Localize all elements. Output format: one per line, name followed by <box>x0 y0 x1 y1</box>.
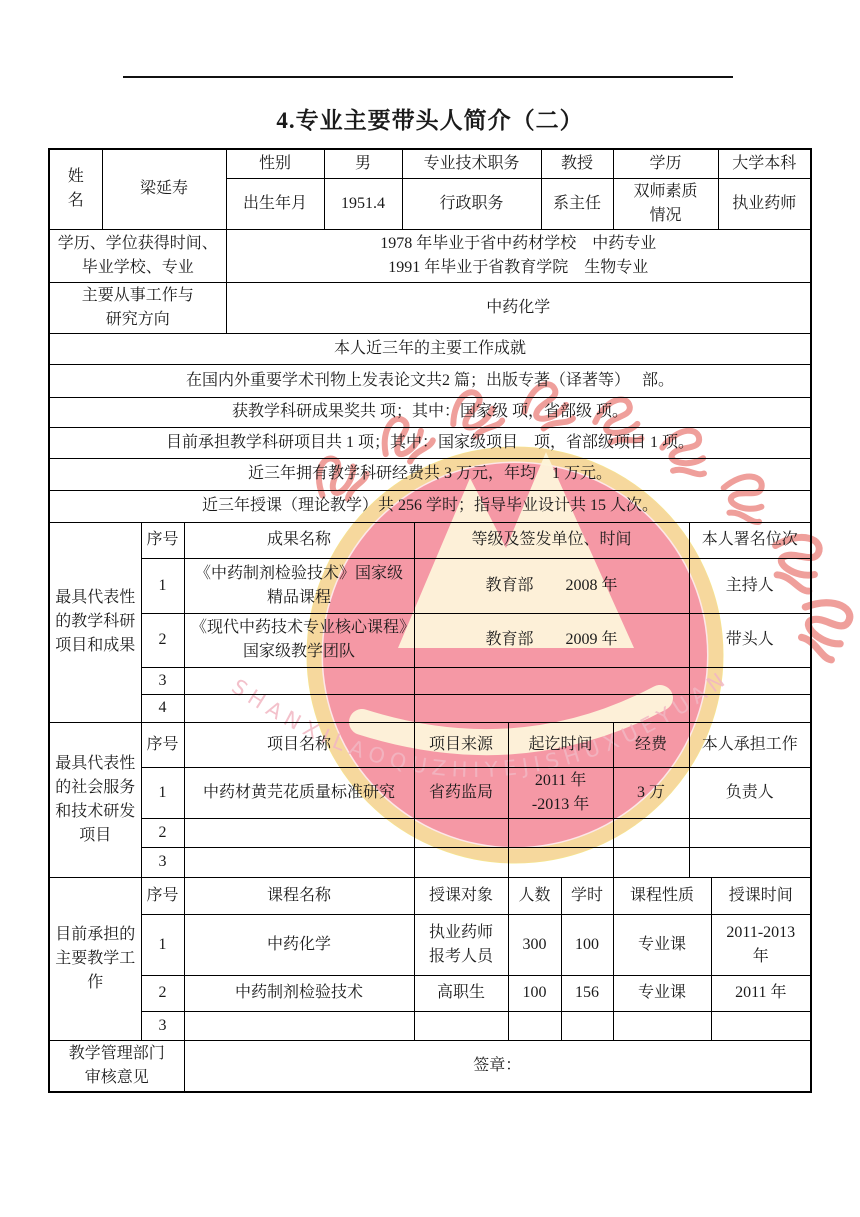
project-name: 中药材黄芫花质量标准研究 <box>184 767 414 818</box>
row-index: 1 <box>141 767 184 818</box>
course-audience: 高职生 <box>414 975 508 1011</box>
column-header: 授课时间 <box>711 877 811 914</box>
admin-post-label: 行政职务 <box>402 178 541 229</box>
statement-funding: 近三年拥有教学科研经费共 3 万元，年均 1 万元。 <box>49 458 811 490</box>
empty-cell <box>508 847 613 877</box>
empty-cell <box>184 847 414 877</box>
signature-cell: 签章： <box>184 1040 811 1092</box>
achievement-role: 主持人 <box>689 558 811 613</box>
statement-awards: 获教学科研成果奖共 项；其中：国家级 项，省部级 项。 <box>49 397 811 427</box>
tech-title-label: 专业技术职务 <box>402 149 541 178</box>
empty-cell <box>613 818 689 847</box>
empty-cell <box>711 1011 811 1040</box>
info-table: 姓 名 梁延寿 性别 男 专业技术职务 教授 学历 大学本科 出生年月 1951… <box>48 148 812 1093</box>
column-header: 项目名称 <box>184 722 414 767</box>
course-students: 100 <box>508 975 561 1011</box>
birth-value: 1951.4 <box>324 178 402 229</box>
research-direction-label: 主要从事工作与 研究方向 <box>49 282 226 333</box>
dual-qualification-value: 执业药师 <box>718 178 811 229</box>
achievement-name: 《中药制剂检验技术》国家级精品课程 <box>184 558 414 613</box>
course-audience: 执业药师 报考人员 <box>414 914 508 975</box>
column-header: 本人署名位次 <box>689 522 811 558</box>
teaching-research-section-label: 最具代表性的教学科研项目和成果 <box>49 522 141 722</box>
admin-post-value: 系主任 <box>541 178 613 229</box>
header-rule <box>123 76 733 78</box>
page-title: 4.专业主要带头人简介（二） <box>0 102 860 135</box>
education-label: 学历、学位获得时间、毕业学校、专业 <box>49 229 226 282</box>
gender-value: 男 <box>324 149 402 178</box>
approval-label: 教学管理部门 审核意见 <box>49 1040 184 1092</box>
column-header: 课程性质 <box>613 877 711 914</box>
row-index: 2 <box>141 613 184 667</box>
row-index: 3 <box>141 667 184 694</box>
statement-publications: 在国内外重要学术刊物上发表论文共2 篇；出版专著（译著等） 部。 <box>49 364 811 397</box>
column-header: 序号 <box>141 722 184 767</box>
statement-teaching-hours: 近三年授课（理论教学）共 256 学时；指导毕业设计共 15 人次。 <box>49 490 811 522</box>
empty-cell <box>184 694 414 722</box>
empty-cell <box>414 1011 508 1040</box>
row-index: 2 <box>141 818 184 847</box>
empty-cell <box>414 847 508 877</box>
achievement-grade: 教育部 2009 年 <box>414 613 689 667</box>
course-type: 专业课 <box>613 914 711 975</box>
project-source: 省药监局 <box>414 767 508 818</box>
empty-cell <box>689 667 811 694</box>
row-index: 1 <box>141 558 184 613</box>
name-value: 梁延寿 <box>102 149 226 229</box>
project-duration: 2011 年 -2013 年 <box>508 767 613 818</box>
column-header: 序号 <box>141 877 184 914</box>
column-header: 成果名称 <box>184 522 414 558</box>
empty-cell <box>508 1011 561 1040</box>
column-header: 课程名称 <box>184 877 414 914</box>
empty-cell <box>689 694 811 722</box>
tech-title-value: 教授 <box>541 149 613 178</box>
column-header: 授课对象 <box>414 877 508 914</box>
degree-value: 大学本科 <box>718 149 811 178</box>
column-header: 起讫时间 <box>508 722 613 767</box>
course-period: 2011-2013 年 <box>711 914 811 975</box>
achievements-section-title: 本人近三年的主要工作成就 <box>49 333 811 364</box>
empty-cell <box>414 818 508 847</box>
course-name: 中药制剂检验技术 <box>184 975 414 1011</box>
research-direction-value: 中药化学 <box>226 282 811 333</box>
project-role: 负责人 <box>689 767 811 818</box>
leader-profile-form: 姓 名 梁延寿 性别 男 专业技术职务 教授 学历 大学本科 出生年月 1951… <box>48 148 812 1093</box>
dual-qualification-label: 双师素质 情况 <box>613 178 718 229</box>
empty-cell <box>184 1011 414 1040</box>
social-service-section-label: 最具代表性的社会服务和技术研发项目 <box>49 722 141 877</box>
empty-cell <box>689 818 811 847</box>
row-index: 2 <box>141 975 184 1011</box>
empty-cell <box>561 1011 613 1040</box>
column-header: 等级及签发单位、时间 <box>414 522 689 558</box>
course-hours: 156 <box>561 975 613 1011</box>
achievement-role: 带头人 <box>689 613 811 667</box>
row-index: 3 <box>141 1011 184 1040</box>
course-hours: 100 <box>561 914 613 975</box>
column-header: 序号 <box>141 522 184 558</box>
column-header: 学时 <box>561 877 613 914</box>
birth-label: 出生年月 <box>226 178 324 229</box>
course-type: 专业课 <box>613 975 711 1011</box>
name-label: 姓 名 <box>49 149 102 229</box>
column-header: 项目来源 <box>414 722 508 767</box>
column-header: 本人承担工作 <box>689 722 811 767</box>
project-funds: 3 万 <box>613 767 689 818</box>
degree-label: 学历 <box>613 149 718 178</box>
empty-cell <box>414 667 689 694</box>
teaching-work-section-label: 目前承担的主要教学工作 <box>49 877 141 1040</box>
empty-cell <box>689 847 811 877</box>
empty-cell <box>508 818 613 847</box>
course-period: 2011 年 <box>711 975 811 1011</box>
statement-projects: 目前承担教学科研项目共 1 项；其中：国家级项目 项，省部级项目 1 项。 <box>49 427 811 458</box>
achievement-name: 《现代中药技术专业核心课程》国家级教学团队 <box>184 613 414 667</box>
empty-cell <box>613 847 689 877</box>
course-name: 中药化学 <box>184 914 414 975</box>
row-index: 3 <box>141 847 184 877</box>
empty-cell <box>184 667 414 694</box>
empty-cell <box>613 1011 711 1040</box>
column-header: 人数 <box>508 877 561 914</box>
course-students: 300 <box>508 914 561 975</box>
row-index: 1 <box>141 914 184 975</box>
education-value: 1978 年毕业于省中药材学校 中药专业 1991 年毕业于省教育学院 生物专业 <box>226 229 811 282</box>
column-header: 经费 <box>613 722 689 767</box>
empty-cell <box>414 694 689 722</box>
achievement-grade: 教育部 2008 年 <box>414 558 689 613</box>
gender-label: 性别 <box>226 149 324 178</box>
empty-cell <box>184 818 414 847</box>
row-index: 4 <box>141 694 184 722</box>
